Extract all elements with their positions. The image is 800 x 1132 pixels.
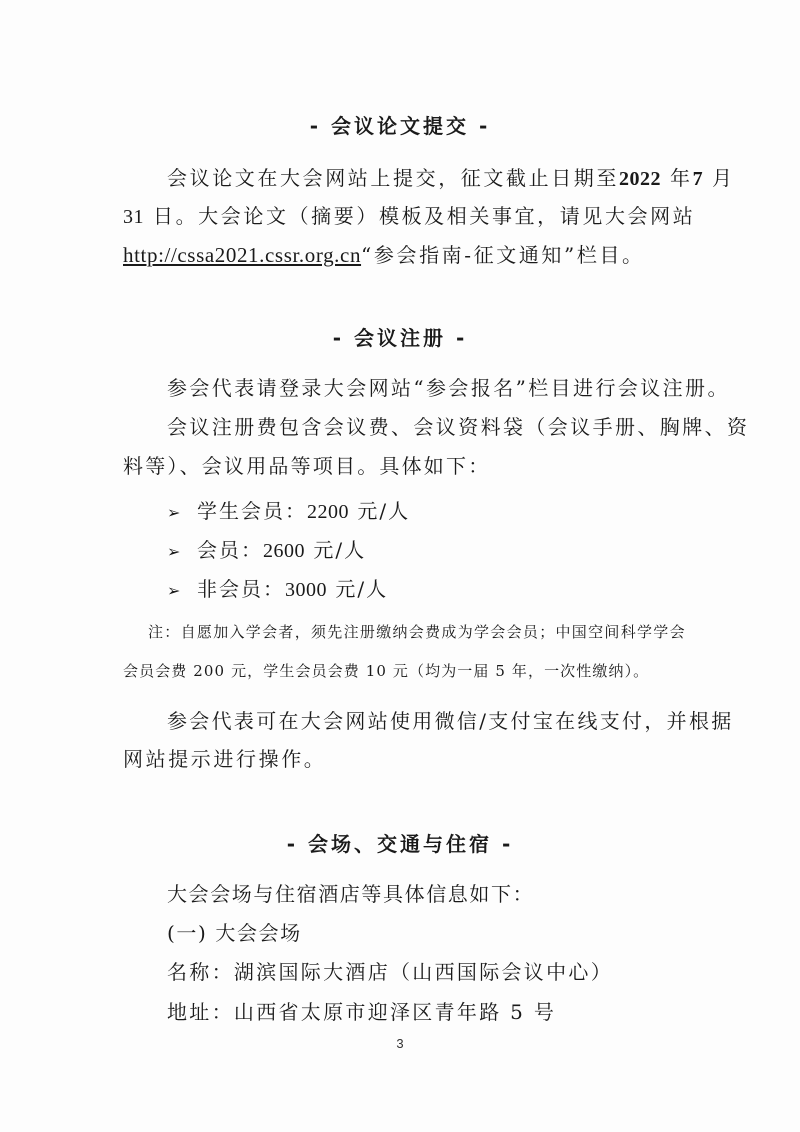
month-value: 7 <box>693 168 704 190</box>
sub-heading-venue: (一) 大会会场 <box>167 919 723 947</box>
text: “参会指南-征文通知”栏目。 <box>361 243 645 267</box>
fee-amount: 2600 <box>263 540 305 562</box>
paragraph-line: http://cssa2021.cssr.org.cn“参会指南-征文通知”栏目… <box>123 241 679 269</box>
text: 月 <box>712 166 735 190</box>
fee-label: 会员： <box>197 538 263 562</box>
fee-unit: 元/人 <box>313 538 366 562</box>
section-heading-venue: - 会场、交通与住宿 - <box>0 830 800 858</box>
paragraph-line: 31 日。大会论文（摘要）模板及相关事宜，请见大会网站 <box>123 202 679 231</box>
venue-name: 名称：湖滨国际大酒店（山西国际会议中心） <box>167 958 723 986</box>
fee-unit: 元/人 <box>357 499 410 523</box>
paragraph-line: 大会会场与住宿酒店等具体信息如下： <box>167 880 723 908</box>
paragraph-line: 网站提示进行操作。 <box>123 745 679 773</box>
fee-amount: 2200 <box>307 501 349 523</box>
arrow-bullet-icon: ➢ <box>167 538 197 566</box>
paragraph-line: 会议注册费包含会议费、会议资料袋（会议手册、胸牌、资 <box>167 413 723 441</box>
venue-address: 地址：山西省太原市迎泽区青年路 5 号 <box>167 998 723 1026</box>
day-value: 31 <box>123 206 144 228</box>
membership-note-line: 注：自愿加入学会者，须先注册缴纳会费成为学会会员；中国空间科学学会 <box>148 621 686 643</box>
conference-website-link[interactable]: http://cssa2021.cssr.org.cn <box>123 243 361 267</box>
text: 年 <box>670 166 693 190</box>
fee-unit: 元/人 <box>335 577 388 601</box>
document-page: - 会议论文提交 - 会议论文在大会网站上提交，征文截止日期至2022 年7 月… <box>0 0 800 1132</box>
paragraph-line: 参会代表可在大会网站使用微信/支付宝在线支付，并根据 <box>167 707 723 735</box>
fee-item-non-member: ➢非会员：3000 元/人 <box>167 575 388 605</box>
paragraph-line: 料等）、会议用品等项目。具体如下： <box>123 452 679 480</box>
paragraph-line: 会议论文在大会网站上提交，征文截止日期至2022 年7 月 <box>167 164 679 193</box>
year-value: 2022 <box>619 168 661 190</box>
paragraph-line: 参会代表请登录大会网站“参会报名”栏目进行会议注册。 <box>167 374 723 402</box>
arrow-bullet-icon: ➢ <box>167 577 197 605</box>
fee-item-member: ➢会员：2600 元/人 <box>167 536 366 566</box>
fee-item-student-member: ➢学生会员：2200 元/人 <box>167 497 410 527</box>
section-heading-registration: - 会议注册 - <box>0 324 800 352</box>
text: 会议论文在大会网站上提交，征文截止日期至 <box>167 166 619 190</box>
fee-label: 学生会员： <box>197 499 307 523</box>
fee-label: 非会员： <box>197 577 285 601</box>
section-heading-paper-submission: - 会议论文提交 - <box>0 112 800 140</box>
text: 日。大会论文（摘要）模板及相关事宜，请见大会网站 <box>153 204 695 228</box>
page-number: 3 <box>0 1036 800 1051</box>
arrow-bullet-icon: ➢ <box>167 499 197 527</box>
fee-amount: 3000 <box>285 579 327 601</box>
membership-note-line: 会员会费 200 元，学生会员会费 10 元（均为一届 5 年，一次性缴纳）。 <box>123 660 649 682</box>
